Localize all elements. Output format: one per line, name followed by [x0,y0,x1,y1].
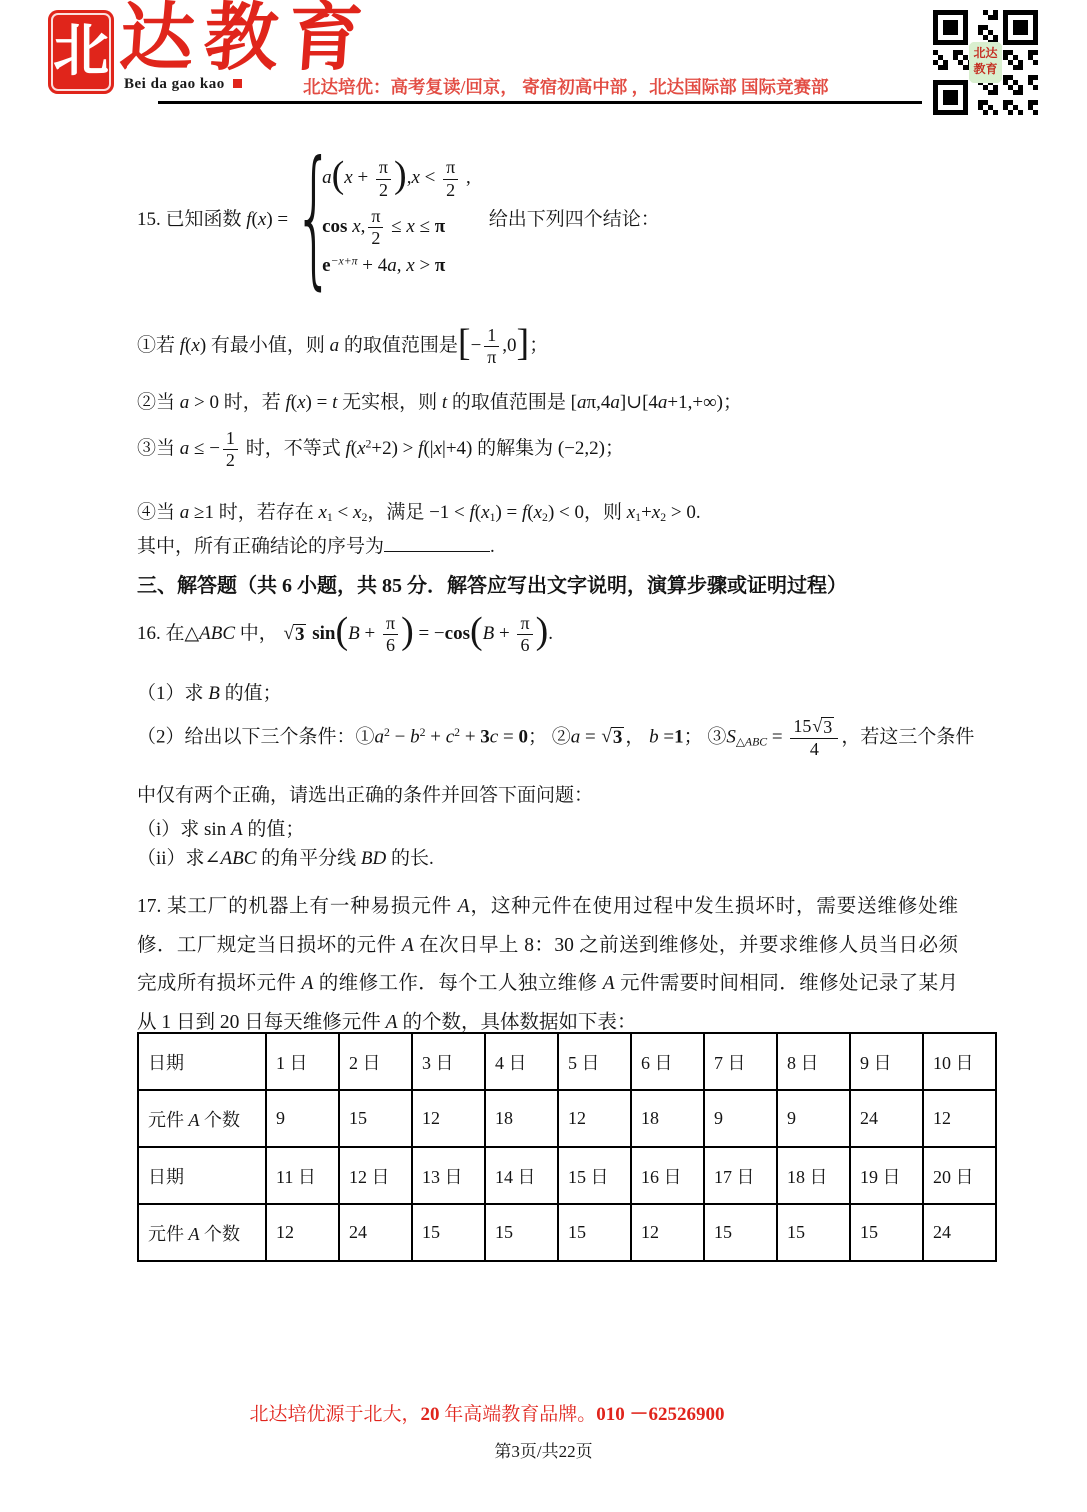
table-cell: 17 日 [704,1147,777,1204]
table-cell: 9 日 [850,1033,923,1090]
table-cell: 日期 [138,1033,266,1090]
q15-conclusion-4: ④当 a ≥1 时，若存在 x1 < x2，满足 −1 < f(x1) = f(… [137,497,701,524]
table-cell: 15 [777,1204,850,1261]
qr-label-text: 北达 [973,45,997,60]
table-row: 日期11 日12 日13 日14 日15 日16 日17 日18 日19 日20… [138,1147,996,1204]
logo-square-icon [233,79,242,88]
question-17: 17. 某工厂的机器上有一种易损元件 A，这种元件在使用过程中发生损坏时，需要送… [137,888,958,1042]
piecewise-brace: { [294,133,314,301]
page-number: 第3页/共22页 [0,1437,1087,1462]
table-cell: 元件 A 个数 [138,1090,266,1147]
table-cell: 12 [266,1204,339,1261]
repair-count-table: 日期1 日2 日3 日4 日5 日6 日7 日8 日9 日10 日元件 A 个数… [137,1032,997,1262]
q16-part-2: （2）给出以下三个条件：①a2 − b2 + c2 + 3c = 0； ②a =… [137,716,974,760]
question-15: 15. 已知函数 f(x) = { a(x + π2),x < π2 , cos… [137,133,660,301]
table-cell: 24 [850,1090,923,1147]
table-cell: 15 [339,1090,412,1147]
table-cell: 6 日 [631,1033,704,1090]
q16-sub-ii: （ii）求∠ABC 的角平分线 BD 的长. [137,843,434,870]
qr-code-icon: 北达 教育 [933,10,1038,115]
table-cell: 8 日 [777,1033,850,1090]
table-cell: 14 日 [485,1147,558,1204]
footer-slogan: 北达培优源于北大，20 年高端教育品牌。010 －62526900 [137,1399,837,1426]
table-cell: 20 日 [923,1147,996,1204]
table-cell: 12 [412,1090,485,1147]
table-cell: 9 [266,1090,339,1147]
table-cell: 2 日 [339,1033,412,1090]
table-cell: 15 日 [558,1147,631,1204]
table-cell: 4 日 [485,1033,558,1090]
table-cell: 7 日 [704,1033,777,1090]
table-cell: 10 日 [923,1033,996,1090]
table-cell: 3 日 [412,1033,485,1090]
table-cell: 元件 A 个数 [138,1204,266,1261]
table-cell: 12 [631,1204,704,1261]
q16-part-1: （1）求 B 的值； [137,678,282,705]
table-cell: 12 [923,1090,996,1147]
q15-conclusion-2: ②当 a > 0 时，若 f(x) = t 无实根，则 t 的取值范围是 [aπ… [137,387,742,414]
table-cell: 16 日 [631,1147,704,1204]
table-cell: 日期 [138,1147,266,1204]
q15-outro: 给出下列四个结论： [489,204,660,231]
table-cell: 19 日 [850,1147,923,1204]
table-cell: 18 [485,1090,558,1147]
q15-piece-2: cos x,π2 ≤ x ≤ π [322,206,471,250]
qr-label-text: 教育 [972,61,997,76]
table-cell: 15 [850,1204,923,1261]
table-cell: 9 [777,1090,850,1147]
q15-piece-1: a(x + π2),x < π2 , [322,157,471,201]
question-16: 16. 在△ABC 中， √3 sin(B + π6) = −cos(B + π… [137,613,553,657]
logo-wordmark: 达教育 [117,2,374,76]
exam-page: 北 达教育 Bei da gao kao 北达培优：高考复读/回京， 寄宿初高中… [0,0,1087,1512]
table-cell: 13 日 [412,1147,485,1204]
table-row: 元件 A 个数12241515151215151524 [138,1204,996,1261]
table-cell: 15 [412,1204,485,1261]
table-cell: 12 [558,1090,631,1147]
answer-blank [384,532,490,552]
table-cell: 11 日 [266,1147,339,1204]
q15-conclusion-1: ①若 f(x) 有最小值，则 a 的取值范围是[−1π,0]； [137,325,548,369]
q16-part-2-cont: 中仅有两个正确，请选出正确的条件并回答下面问题： [137,780,593,807]
q15-piece-3: e−x+π + 4a, x > π [322,255,471,277]
header-tagline: 北达培优：高考复读/回京， 寄宿初高中部 ，北达国际部 国际竞赛部 [303,74,913,99]
logo-stamp-icon: 北 [48,10,114,94]
q15-pieces: a(x + π2),x < π2 , cos x,π2 ≤ x ≤ π e−x+… [322,157,471,276]
q16-sub-i: （i）求 sin A 的值； [137,814,304,841]
table-cell: 5 日 [558,1033,631,1090]
section-3-heading: 三、解答题（共 6 小题，共 85 分．解答应写出文字说明，演算步骤或证明过程） [137,569,847,598]
table-cell: 15 [485,1204,558,1261]
header-rule [158,101,922,104]
table-cell: 1 日 [266,1033,339,1090]
table-cell: 18 日 [777,1147,850,1204]
table-row: 日期1 日2 日3 日4 日5 日6 日7 日8 日9 日10 日 [138,1033,996,1090]
q15-intro: 15. 已知函数 f(x) = [137,204,288,231]
table-cell: 9 [704,1090,777,1147]
table-cell: 12 日 [339,1147,412,1204]
logo-subtext: Bei da gao kao [124,76,242,93]
table-cell: 15 [704,1204,777,1261]
table-cell: 15 [558,1204,631,1261]
table-cell: 18 [631,1090,704,1147]
table-row: 元件 A 个数91512181218992412 [138,1090,996,1147]
logo-stamp-char: 北 [53,24,109,80]
table-cell: 24 [339,1204,412,1261]
q15-conclusion-3: ③当 a ≤ −12 时，不等式 f(x2+2) > f(|x|+4) 的解集为… [137,428,624,472]
table-cell: 24 [923,1204,996,1261]
q15-answer-line: 其中，所有正确结论的序号为. [137,531,495,558]
